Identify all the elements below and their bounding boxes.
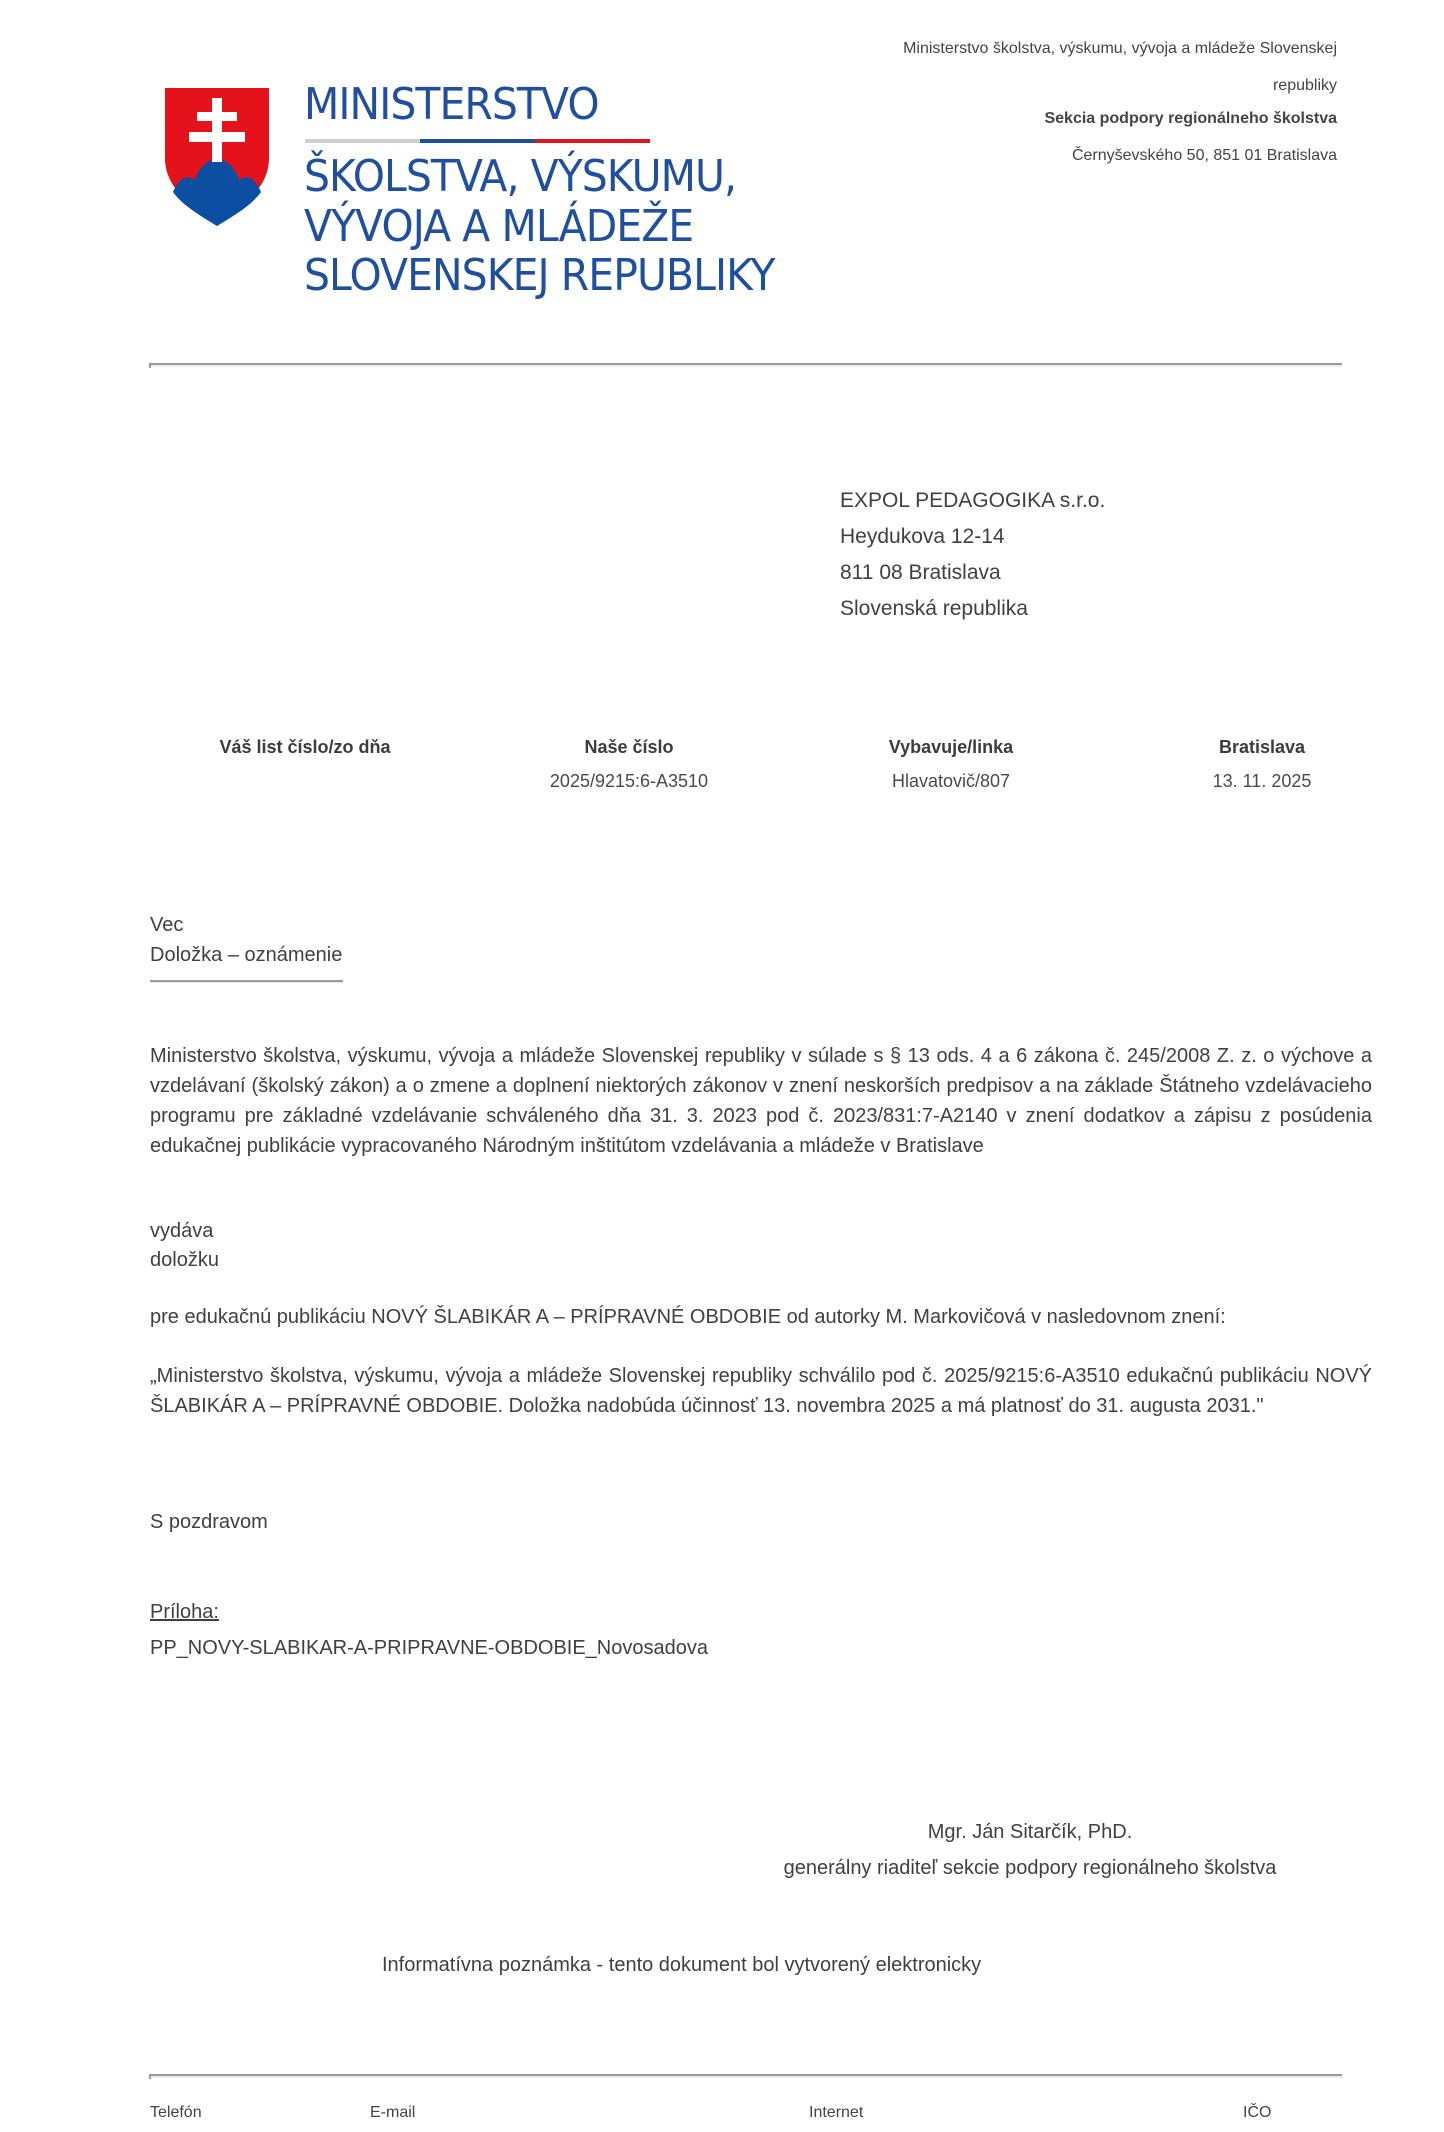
logo-title-line: MINISTERSTVO	[304, 80, 599, 130]
logo-title-line: VÝVOJA A MLÁDEŽE	[304, 202, 693, 252]
recipient-line: Slovenská republika	[840, 597, 1028, 621]
header-address: Černyševského 50, 851 01 Bratislava	[1072, 147, 1337, 165]
info-note: Informatívna poznámka - tento dokument b…	[382, 1954, 981, 1977]
logo-title-line: ŠKOLSTVA, VÝSKUMU,	[304, 152, 736, 202]
header-section: Sekcia podpory regionálneho školstva	[1044, 110, 1337, 128]
subject-underline	[150, 980, 343, 982]
subject-label: Vec	[150, 914, 183, 937]
attachment-file[interactable]: PP_NOVY-SLABIKAR-A-PRIPRAVNE-OBDOBIE_Nov…	[150, 1637, 708, 1660]
body-quote-paragraph: „Ministerstvo školstva, výskumu, vývoja …	[150, 1361, 1372, 1421]
body-issues: vydáva	[150, 1220, 213, 1243]
footer-phone-label: Telefón	[150, 2104, 202, 2122]
slovak-coat-of-arms-icon	[163, 88, 271, 226]
header-org-name: Ministerstvo školstva, výskumu, vývoja a…	[903, 40, 1337, 58]
ref-value-our-number: 2025/9215:6-A3510	[499, 771, 759, 792]
header-org-name-cont: republiky	[1273, 77, 1337, 95]
ref-label-your-letter: Váš list číslo/zo dňa	[175, 737, 435, 758]
body-intro-paragraph: Ministerstvo školstva, výskumu, vývoja a…	[150, 1041, 1372, 1161]
logo-title-line: SLOVENSKEJ REPUBLIKY	[304, 251, 775, 301]
signatory-title: generálny riaditeľ sekcie podpory region…	[730, 1857, 1330, 1880]
ref-label-place: Bratislava	[1132, 737, 1392, 758]
ref-label-handler: Vybavuje/linka	[821, 737, 1081, 758]
footer-divider	[149, 2074, 1342, 2076]
body-clause: doložku	[150, 1249, 219, 1272]
attachment-label: Príloha:	[150, 1601, 219, 1624]
recipient-line: Heydukova 12-14	[840, 525, 1005, 549]
header-divider	[149, 363, 1342, 365]
ref-label-our-number: Naše číslo	[499, 737, 759, 758]
recipient-line: EXPOL PEDAGOGIKA s.r.o.	[840, 489, 1105, 513]
signatory-name: Mgr. Ján Sitarčík, PhD.	[730, 1821, 1330, 1844]
recipient-line: 811 08 Bratislava	[840, 561, 1001, 585]
subject-text: Doložka – oznámenie	[150, 944, 342, 967]
ref-value-handler: Hlavatovič/807	[821, 771, 1081, 792]
footer-ico-label: IČO	[1243, 2104, 1271, 2122]
logo-tricolor-rule	[305, 139, 650, 143]
ref-value-date: 13. 11. 2025	[1132, 771, 1392, 792]
footer-internet-label: Internet	[809, 2104, 863, 2122]
ref-value-your-letter	[175, 771, 435, 792]
body-publication: pre edukačnú publikáciu NOVÝ ŠLABIKÁR A …	[150, 1306, 1226, 1329]
footer-email-label: E-mail	[370, 2104, 415, 2122]
greeting: S pozdravom	[150, 1511, 268, 1534]
